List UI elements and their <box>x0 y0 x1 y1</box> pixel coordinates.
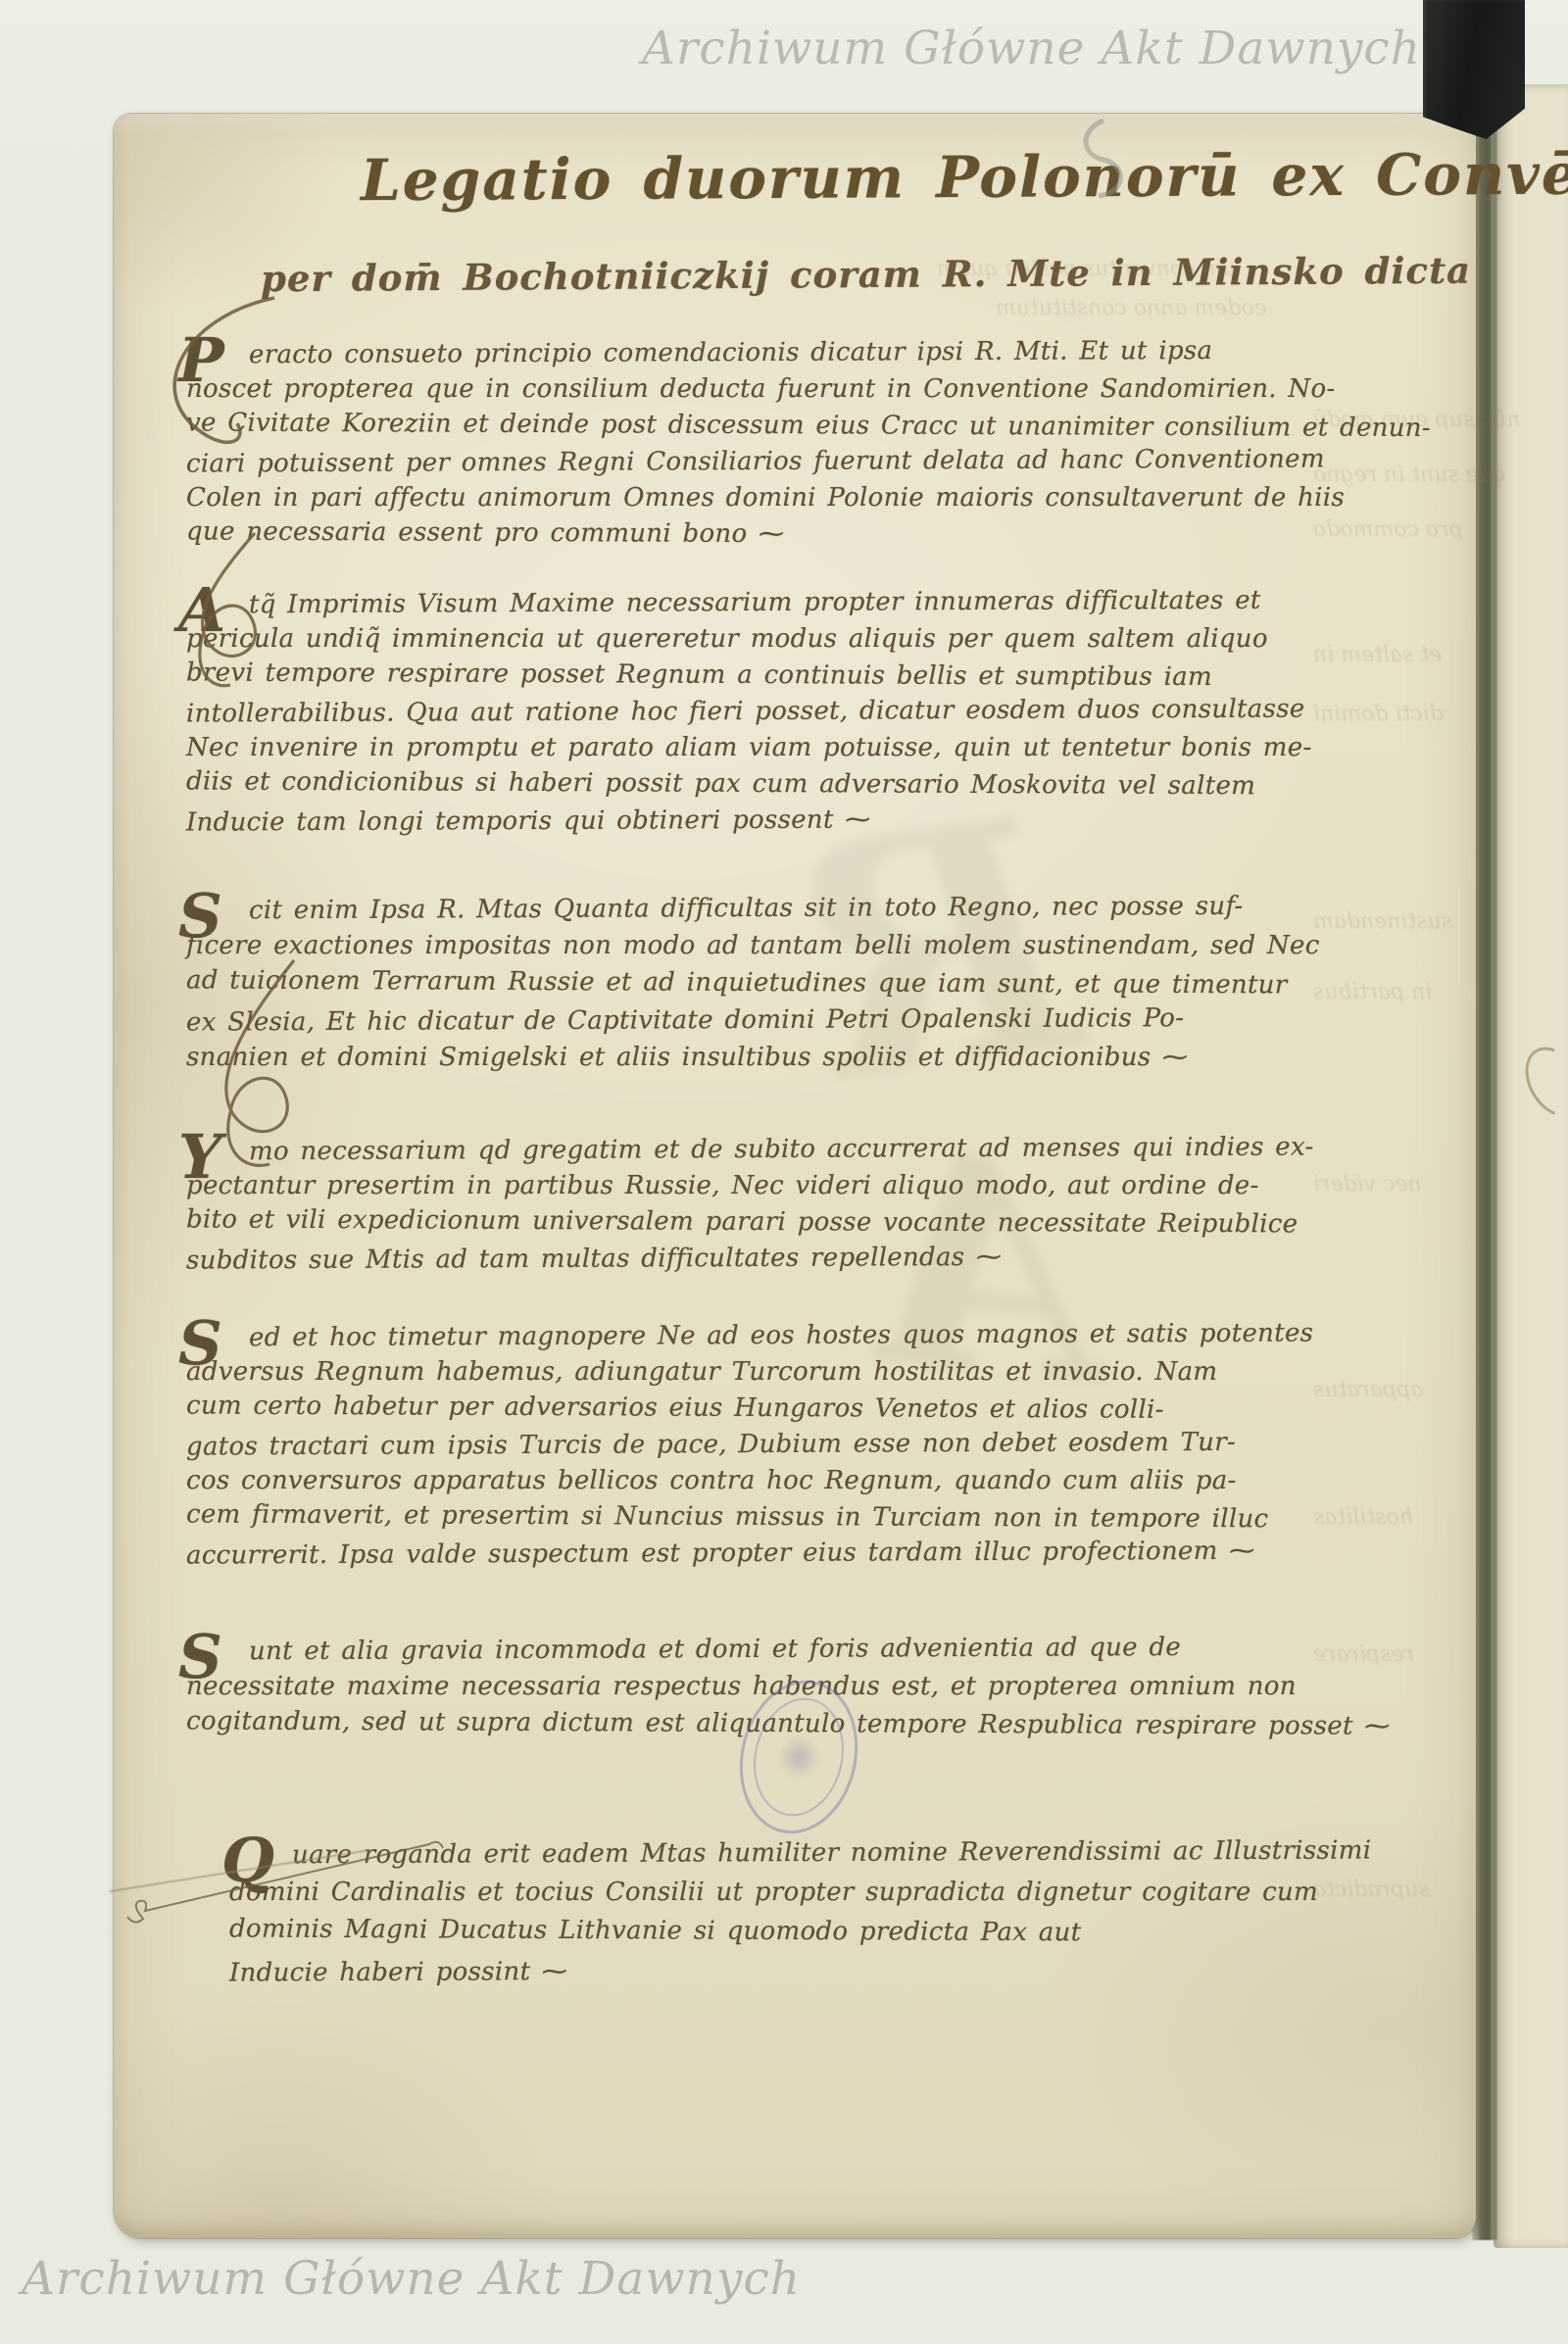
manuscript-line: unt et alia gravia incommoda et domi et … <box>186 1632 1323 1674</box>
manuscript-line: pectantur presertim in partibus Russie, … <box>186 1171 1323 1207</box>
paragraph: Scit enim Ipsa R. Mtas Quanta difficulta… <box>186 894 1323 1080</box>
manuscript-line: ed et hoc timetur magnopere Ne ad eos ho… <box>186 1318 1323 1359</box>
manuscript-line: ex Slesia, Et hic dicatur de Captivitate… <box>186 1002 1323 1045</box>
bleedthrough-line: respirare <box>1313 1642 1414 1667</box>
document-title-line1: Legatio duorum Polonorū ex Convēcōe Cole… <box>361 139 1568 214</box>
manuscript-line: ve Civitate Koreziin et deinde post disc… <box>186 408 1323 449</box>
paragraph: Ymo necessarium qd gregatim et de subito… <box>186 1135 1323 1280</box>
manuscript-page: R A Legatio duorum Polonorū ex Convēcōe … <box>114 114 1476 2238</box>
manuscript-line: noscet propterea que in consilium deduct… <box>186 374 1323 411</box>
pencil-mark-icon <box>1069 116 1138 206</box>
scan-backing: { "archive_watermark": { "text": "Archiw… <box>0 0 1568 2344</box>
manuscript-line: Nec invenire in promptu et parato aliam … <box>186 733 1323 769</box>
paragraph: Peracto consueto principio comendacionis… <box>186 338 1323 556</box>
manuscript-line: Inducie haberi possint ⁓ <box>229 1953 1366 1997</box>
next-page-ink-mark <box>1513 1037 1568 1127</box>
manuscript-line: eracto consueto principio comendacionis … <box>186 335 1323 376</box>
manuscript-line: diis et condicionibus si haberi possit p… <box>186 766 1323 807</box>
bleedthrough-line: dicti domini <box>1313 702 1444 726</box>
manuscript-line: gatos tractari cum ipsis Turcis de pace,… <box>186 1427 1323 1468</box>
document-title-line2: per dom̄ Bochotniiczkij coram R. Mte in … <box>261 249 1471 301</box>
manuscript-line: ciari potuissent per omnes Regni Consili… <box>186 444 1323 485</box>
manuscript-line: tq̃ Imprimis Visum Maxime necessarium pr… <box>186 585 1323 626</box>
manuscript-line: intollerabilibus. Qua aut ratione hoc fi… <box>186 694 1323 735</box>
manuscript-line: cos conversuros apparatus bellicos contr… <box>186 1466 1323 1502</box>
bleedthrough-line: nec videri <box>1313 1172 1422 1196</box>
manuscript-line: subditos sue Mtis ad tam multas difficul… <box>186 1241 1323 1282</box>
manuscript-line: brevi tempore respirare posset Regnum a … <box>186 658 1323 699</box>
paragraph: Sed et hoc timetur magnopere Ne ad eos h… <box>186 1321 1323 1575</box>
bleedthrough-line: hostilitas <box>1313 1505 1413 1530</box>
paragraph: Atq̃ Imprimis Visum Maxime necessarium p… <box>186 588 1323 842</box>
manuscript-line: Colen in pari affectu animorum Omnes dom… <box>186 483 1323 519</box>
margin-flourish-icon <box>176 951 333 1176</box>
manuscript-line: snanien et domini Smigelski et aliis ins… <box>186 1043 1323 1080</box>
manuscript-line: cem firmaverit, et presertim si Nuncius … <box>186 1499 1323 1540</box>
manuscript-line: cum certo habetur per adversarios eius H… <box>186 1391 1323 1432</box>
manuscript-line: adversus Regnum habemus, adiungatur Turc… <box>186 1357 1323 1393</box>
margin-flourish-icon <box>127 278 333 709</box>
manuscript-line: que necessaria essent pro communi bono ⁓ <box>186 516 1323 558</box>
manuscript-line: bito et vili expedicionum universalem pa… <box>186 1204 1323 1245</box>
bleedthrough-line: eodem anno constitutum <box>996 296 1267 320</box>
bleedthrough-line: et saltem in <box>1313 643 1442 667</box>
manuscript-line: ficere exactiones impositas non modo ad … <box>186 931 1323 968</box>
manuscript-line: cit enim Ipsa R. Mtas Quanta difficultas… <box>186 891 1323 933</box>
manuscript-line: mo necessarium qd gregatim et de subito … <box>186 1132 1323 1173</box>
manuscript-line: Inducie tam longi temporis qui obtineri … <box>186 803 1323 844</box>
manuscript-line: ad tuicionem Terrarum Russie et ad inqui… <box>186 965 1323 1007</box>
bleedthrough-line: in partibus <box>1313 980 1432 1004</box>
bleedthrough-line: apparatus <box>1313 1378 1423 1402</box>
margin-guideline-icon <box>118 1823 451 1950</box>
bookmark-ribbon <box>1423 0 1525 139</box>
next-page-edge <box>1494 84 1568 2248</box>
bleedthrough-line: sustinendam <box>1313 909 1452 934</box>
bleedthrough-line: pro commodo <box>1313 517 1463 542</box>
archive-watermark-top: Archiwum Główne Akt Dawnych <box>642 22 1421 75</box>
manuscript-line: pericula undiq̃ imminencia ut quereretur… <box>186 624 1323 660</box>
archive-watermark-bottom: Archiwum Główne Akt Dawnych <box>22 2252 801 2306</box>
manuscript-line: accurrerit. Ipsa valde suspectum est pro… <box>186 1536 1323 1577</box>
